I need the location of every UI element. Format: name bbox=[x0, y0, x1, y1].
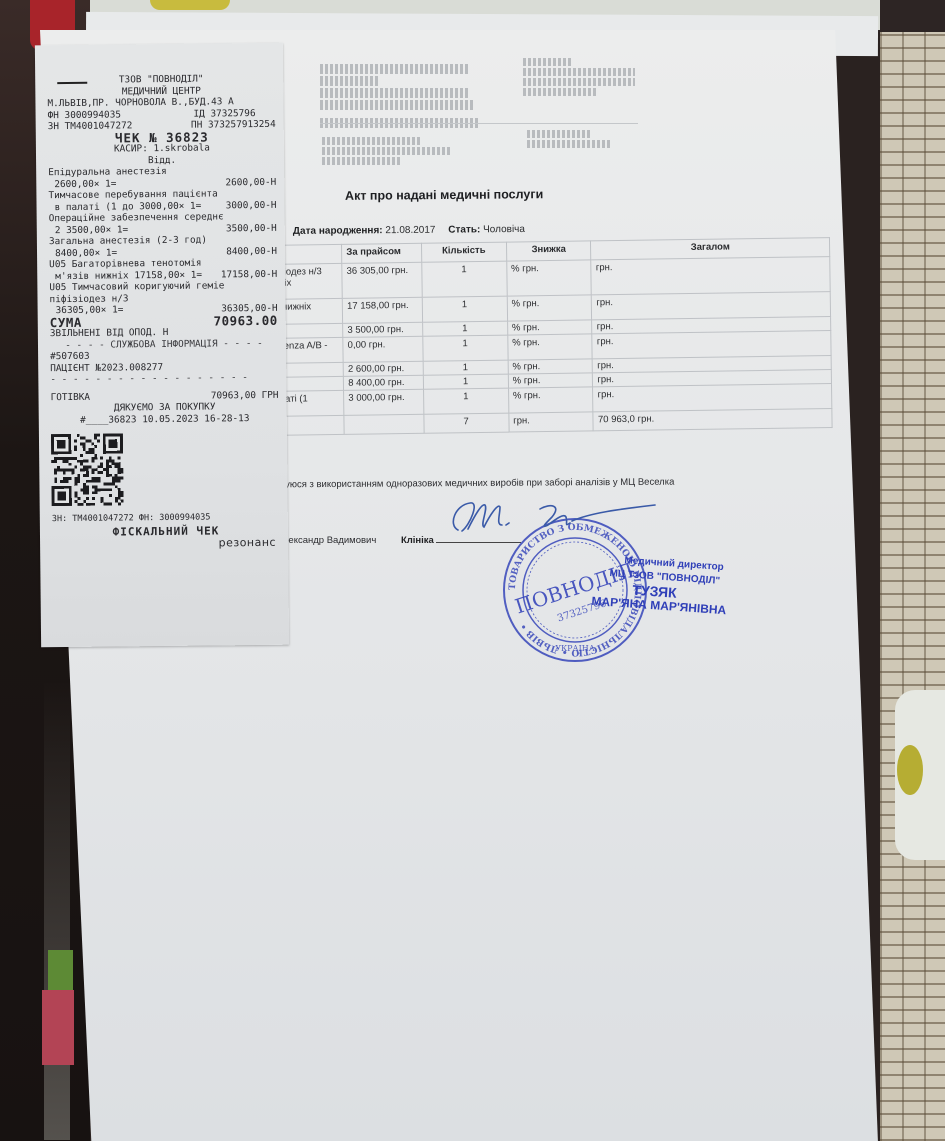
letterhead-bottom-right bbox=[527, 128, 627, 150]
patient-info-line: вич Дата народження: 21.08.2017 Стать: Ч… bbox=[264, 224, 535, 237]
receipt-zn-fn: ЗН: ТМ4001047272 ФН: 3000994035 bbox=[52, 511, 280, 525]
services-table: За прайсом Кількість Знижка Загалом іфіз… bbox=[262, 237, 833, 436]
receipt-footer-line: #____36823 10.05.2023 16-28-13 bbox=[51, 412, 279, 426]
cell-price: 2 600,00 грн. bbox=[343, 361, 423, 376]
total-discount: грн. bbox=[509, 412, 594, 432]
receipt-item-amount: 2600,00-Н bbox=[225, 176, 276, 188]
receipt-sum-label: СУМА bbox=[50, 316, 82, 328]
header-quantity: Кількість bbox=[421, 242, 506, 262]
receipt-item-amount: 3000,00-Н bbox=[226, 199, 277, 211]
sex-value: Чоловіча bbox=[483, 224, 525, 235]
cell-quantity: 1 bbox=[422, 296, 508, 322]
total-price bbox=[344, 414, 424, 434]
letterhead-right bbox=[523, 56, 643, 98]
receipt-item-amount: 8400,00-Н bbox=[226, 245, 277, 257]
receipt-item-qty: 2 3500,00× 1= bbox=[49, 224, 128, 236]
receipt-id: ІД 37325796 bbox=[193, 108, 255, 120]
cell-quantity: 1 bbox=[421, 261, 507, 297]
total-quantity: 7 bbox=[423, 413, 508, 433]
cell-total: грн. bbox=[593, 384, 832, 412]
header-price: За прайсом bbox=[342, 243, 422, 263]
flower-decoration bbox=[895, 690, 945, 860]
sex-label: Стать: bbox=[448, 224, 480, 235]
letterhead-divider bbox=[320, 123, 638, 124]
cell-price: 3 500,00 грн. bbox=[343, 322, 423, 337]
cell-discount: % грн. bbox=[508, 359, 593, 374]
cell-quantity: 1 bbox=[422, 321, 507, 336]
receipt-item-qty: 2600,00× 1= bbox=[48, 178, 116, 190]
cell-price: 3 000,00 грн. bbox=[344, 389, 424, 415]
cell-discount: % грн. bbox=[508, 373, 593, 388]
cell-discount: % грн. bbox=[508, 334, 593, 360]
dob-value: 21.08.2017 bbox=[385, 225, 435, 236]
receipt-item-amount: 3500,00-Н bbox=[226, 222, 277, 234]
receipt-item-amount: 17158,00-Н bbox=[221, 268, 278, 280]
cell-discount: % грн. bbox=[508, 387, 593, 413]
cell-price: 8 400,00 грн. bbox=[344, 375, 424, 390]
cell-quantity: 1 bbox=[422, 335, 508, 361]
svg-text:УКРАЇНА: УКРАЇНА bbox=[555, 644, 595, 653]
cell-total: грн. bbox=[591, 257, 830, 295]
document-title: Акт про надані медичні послуги bbox=[345, 187, 543, 203]
receipt-sum-value: 70963.00 bbox=[213, 314, 277, 326]
clinic-label: Клініка bbox=[401, 535, 434, 546]
letterhead-left bbox=[320, 62, 490, 130]
receipt-item-qty: 8400,00× 1= bbox=[49, 247, 117, 259]
dob-label: Дата народження: bbox=[293, 225, 383, 237]
receipt-fn: ФН 3000994035 bbox=[48, 109, 121, 121]
qr-code-icon bbox=[51, 433, 124, 506]
handwritten-signature bbox=[440, 495, 680, 545]
cell-price: 0,00 грн. bbox=[343, 336, 423, 362]
cell-price: 36 305,00 грн. bbox=[342, 262, 422, 298]
cell-discount: % грн. bbox=[507, 295, 592, 321]
cell-discount: % грн. bbox=[507, 320, 592, 335]
receipt-separator: - - - - - - - - - - - - - - - - - - bbox=[50, 372, 278, 386]
cell-discount: % грн. bbox=[507, 260, 592, 296]
receipt-payment-value: 70963,00 ГРН bbox=[211, 389, 279, 401]
cell-quantity: 1 bbox=[423, 360, 508, 375]
cell-total: грн. bbox=[592, 292, 831, 320]
receipt-payment-label: ГОТІВКА bbox=[50, 391, 90, 403]
letterhead-bottom-left bbox=[322, 135, 492, 167]
total-amount: 70 963,0 грн. bbox=[593, 409, 832, 431]
background-dark-corner bbox=[880, 0, 945, 32]
signer-block: Медичний директор МЦ ТзОВ "ПОВНОДІЛ" ТУЗ… bbox=[591, 552, 730, 617]
cell-price: 17 158,00 грн. bbox=[342, 297, 422, 323]
wicker-surface bbox=[880, 32, 945, 1141]
cell-quantity: 1 bbox=[423, 388, 509, 414]
receipt-brand: резонанс bbox=[52, 536, 276, 550]
receipt-items: Епідуральна анестезія2600,00× 1=2600,00-… bbox=[48, 165, 278, 317]
cell-quantity: 1 bbox=[423, 374, 508, 389]
fiscal-receipt: ТЗОВ "ПОВНОДІЛ" МЕДИЧНИЙ ЦЕНТР М.ЛЬВІВ,П… bbox=[35, 43, 289, 648]
cell-total: грн. bbox=[592, 331, 831, 359]
header-discount: Знижка bbox=[506, 241, 591, 261]
receipt-service-info: - - - - СЛУЖБОВА ІНФОРМАЦІЯ - - - - bbox=[50, 337, 278, 351]
